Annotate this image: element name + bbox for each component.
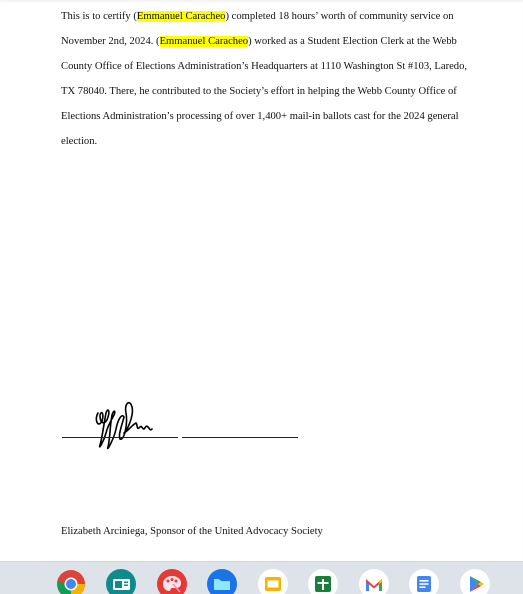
highlighted-name: Emmanuel Caracheo — [137, 11, 226, 22]
shelf-app-slides[interactable] — [258, 569, 288, 594]
palette-icon — [157, 569, 187, 594]
shelf-app-gmail[interactable] — [359, 569, 389, 594]
document-page: This is to certify (Emmanuel Caracheo) c… — [0, 0, 523, 561]
canvas-board-icon — [106, 569, 136, 594]
signature-line — [62, 437, 178, 438]
shelf-app-canvas-board[interactable] — [106, 569, 136, 594]
chrome-icon — [56, 569, 86, 594]
shelf-app-play-store[interactable] — [460, 569, 490, 594]
slides-icon — [258, 569, 288, 594]
gmail-icon — [359, 569, 389, 594]
play-store-icon — [460, 569, 490, 594]
folder-icon — [207, 569, 237, 594]
signature-image — [92, 395, 162, 453]
shelf-app-files[interactable] — [207, 569, 237, 594]
shelf-app-chrome[interactable] — [56, 569, 86, 594]
sponsor-name: Elizabeth Arciniega, Sponsor of the Unit… — [61, 526, 323, 537]
chromeos-shelf — [0, 561, 523, 594]
shelf-app-sheets[interactable] — [308, 569, 338, 594]
signature-area — [62, 395, 302, 455]
shelf-app-canvas[interactable] — [157, 569, 187, 594]
certification-paragraph: This is to certify (Emmanuel Caracheo) c… — [61, 4, 481, 154]
docs-icon — [409, 569, 439, 594]
paragraph-text-1: This is to certify ( — [61, 11, 137, 22]
sheets-icon — [308, 569, 338, 594]
shelf-app-docs[interactable] — [409, 569, 439, 594]
highlighted-name: Emmanuel Caracheo — [160, 36, 249, 47]
date-line — [182, 437, 298, 438]
paragraph-text-3: ) worked as a Student Election Clerk at … — [61, 36, 467, 147]
